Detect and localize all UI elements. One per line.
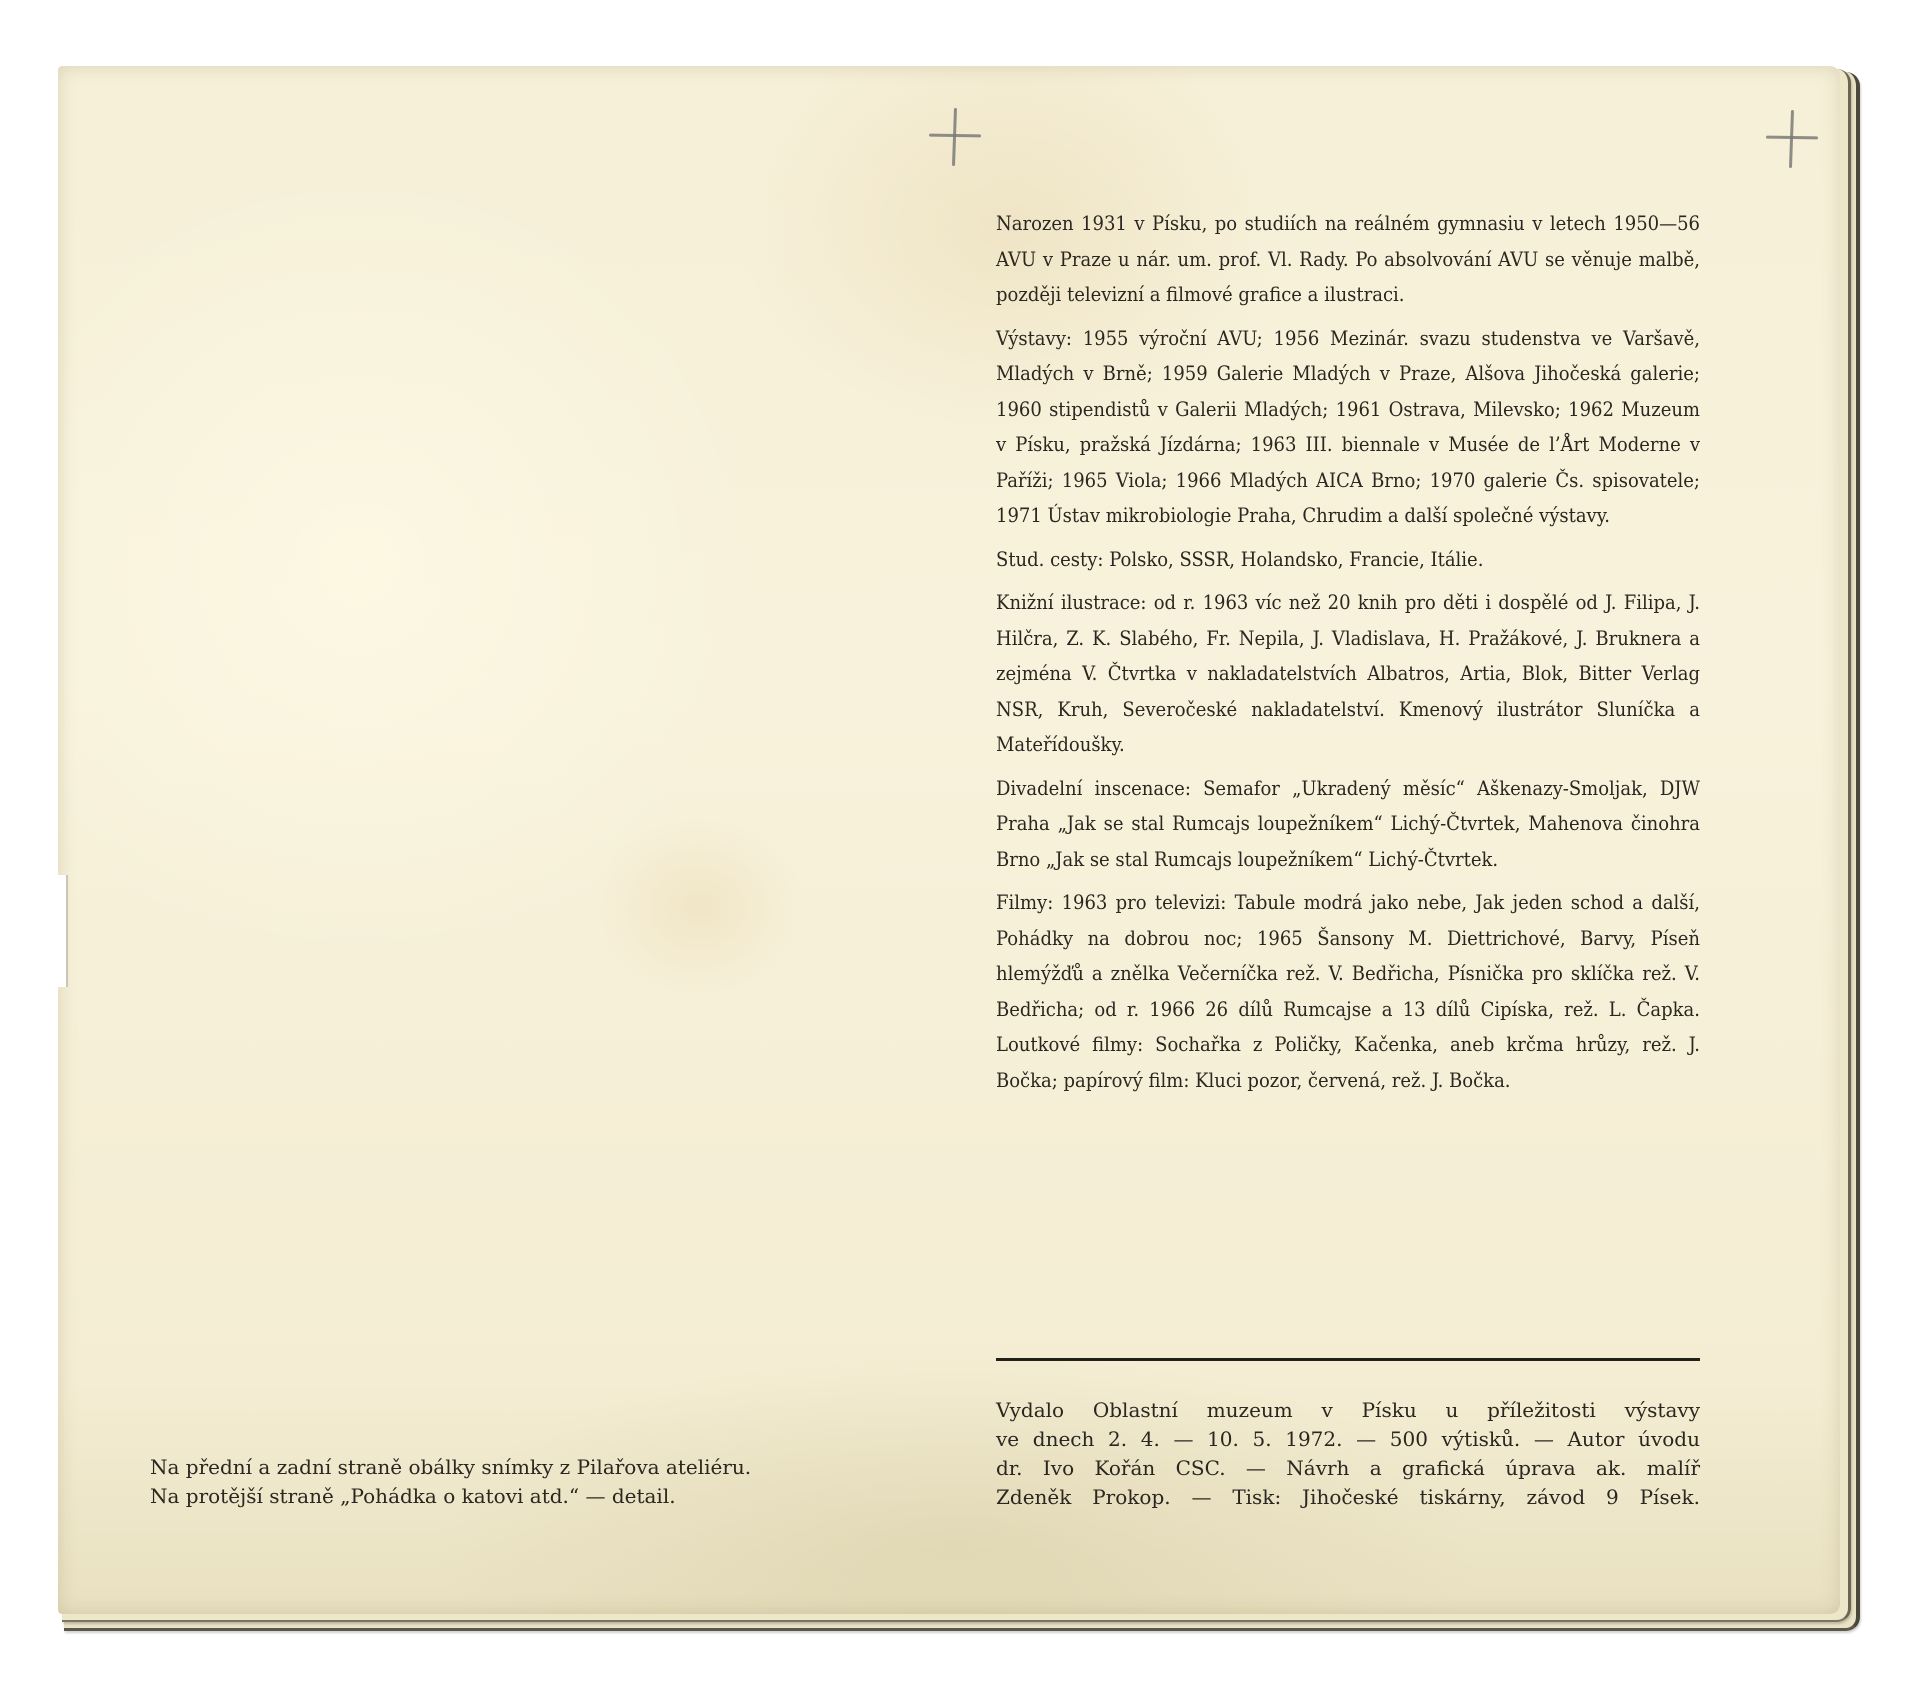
biography-column: Narozen 1931 v Písku, po studiích na reá… [996, 206, 1700, 1106]
pencil-plus-mark-icon [929, 108, 981, 168]
biography-exhibitions: Výstavy: 1955 výroční AVU; 1956 Mezinár.… [996, 321, 1700, 534]
caption-line: Na protější straně „Pohádka o katovi atd… [150, 1482, 910, 1511]
colophon-line: dr. Ivo Kořán CSC. — Návrh a grafická úp… [996, 1454, 1700, 1483]
page-edge-notch [58, 875, 68, 987]
caption-line: Na přední a zadní straně obálky snímky z… [150, 1453, 910, 1482]
colophon-line: Zdeněk Prokop. — Tisk: Jihočeské tiskárn… [996, 1483, 1700, 1512]
colophon-line: ve dnech 2. 4. — 10. 5. 1972. — 500 výti… [996, 1425, 1700, 1454]
colophon-line: Vydalo Oblastní muzeum v Písku u příleži… [996, 1396, 1700, 1425]
biography-theatre: Divadelní inscenace: Semafor „Ukradený m… [996, 771, 1700, 878]
biography-films: Filmy: 1963 pro televizi: Tabule modrá j… [996, 885, 1700, 1098]
colophon: Vydalo Oblastní muzeum v Písku u příleži… [996, 1396, 1700, 1512]
pencil-plus-mark-icon [1766, 110, 1818, 170]
divider-rule [996, 1358, 1700, 1361]
biography-intro: Narozen 1931 v Písku, po studiích na reá… [996, 206, 1700, 313]
biography-book-illustrations: Knižní ilustrace: od r. 1963 víc než 20 … [996, 585, 1700, 763]
cover-caption: Na přední a zadní straně obálky snímky z… [150, 1453, 910, 1511]
biography-study-trips: Stud. cesty: Polsko, SSSR, Holandsko, Fr… [996, 542, 1700, 578]
